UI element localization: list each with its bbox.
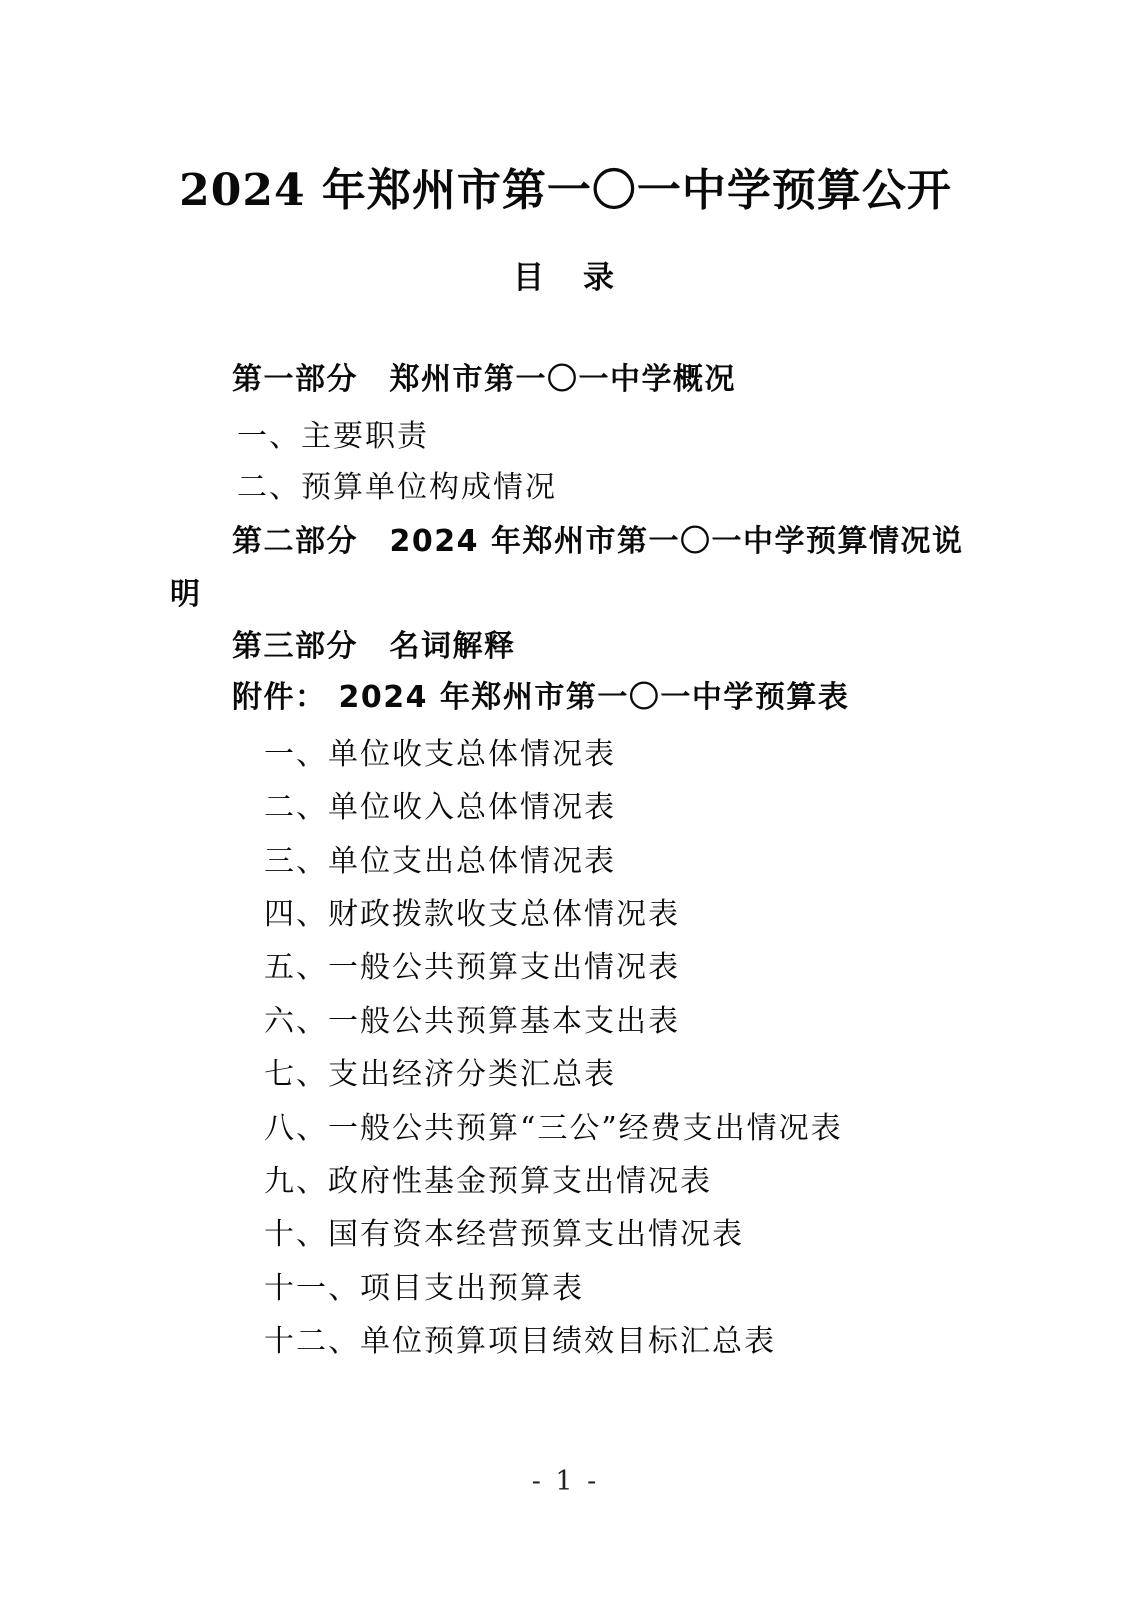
toc-attachment-table-item: 六、一般公共预算基本支出表 — [264, 1005, 680, 1040]
toc-attachment-table-item: 一、单位收支总体情况表 — [264, 738, 616, 773]
toc-attachment-table-item: 三、单位支出总体情况表 — [264, 845, 616, 880]
toc-attachment-table-item: 十二、单位预算项目绩效目标汇总表 — [264, 1325, 776, 1360]
document-title: 2024 年郑州市第一〇一中学预算公开 — [0, 167, 1131, 215]
page-number: - 1 - — [0, 1466, 1131, 1497]
toc-part1-item-1: 一、主要职责 — [237, 420, 429, 455]
toc-attachment-table-item: 五、一般公共预算支出情况表 — [264, 951, 680, 986]
document-page: 2024 年郑州市第一〇一中学预算公开 目 录 第一部分 郑州市第一〇一中学概况… — [0, 0, 1131, 1600]
toc-heading: 目 录 — [0, 252, 1131, 297]
toc-part1-heading: 第一部分 郑州市第一〇一中学概况 — [232, 363, 736, 398]
toc-attachment-table-item: 七、支出经济分类汇总表 — [264, 1058, 616, 1093]
toc-attachment-heading: 附件： 2024 年郑州市第一〇一中学预算表 — [232, 681, 849, 716]
toc-attachment-table-item: 二、单位收入总体情况表 — [264, 791, 616, 826]
toc-part2-heading-line1: 第二部分 2024 年郑州市第一〇一中学预算情况说 — [232, 525, 963, 560]
toc-part3-heading: 第三部分 名词解释 — [232, 630, 516, 665]
toc-attachment-table-item: 八、一般公共预算“三公”经费支出情况表 — [264, 1112, 843, 1147]
toc-attachment-table-item: 九、政府性基金预算支出情况表 — [264, 1165, 712, 1200]
toc-attachment-table-item: 十一、项目支出预算表 — [264, 1272, 584, 1307]
toc-attachment-table-item: 四、财政拨款收支总体情况表 — [264, 898, 680, 933]
toc-attachment-table-item: 十、国有资本经营预算支出情况表 — [264, 1218, 744, 1253]
toc-part2-heading-line2: 明 — [170, 578, 202, 613]
toc-part1-item-2: 二、预算单位构成情况 — [237, 471, 557, 506]
